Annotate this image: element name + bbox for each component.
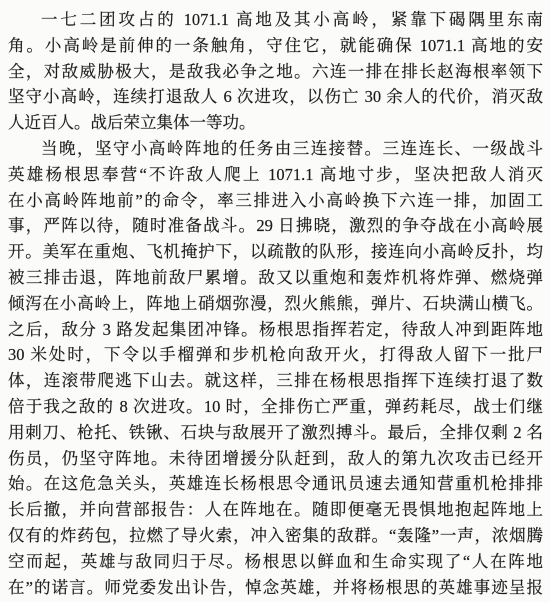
- text-line: 30 米处时，下令以手榴弹和步机枪向敌开火，打得敌人留下一批尸: [8, 342, 543, 368]
- text-line: 被三排击退，阵地前敌尸累增。敌又以重炮和轰炸机将炸弹、燃烧弹: [8, 265, 543, 291]
- text-line: 在”的诺言。师党委发出讣告，悼念英雄，并将杨根思的英雄事迹呈报: [8, 575, 543, 601]
- text-block: 一七二团攻占的 1071.1 高地及其小高岭，紧靠下碣隅里东南角。小高岭是前伸的…: [8, 7, 543, 600]
- text-line: 长后撤，并向营部报告：人在阵地在。随即便毫无畏惧地抱起阵地上: [8, 497, 543, 523]
- text-line: 用刺刀、枪托、铁锹、石块与敌展开了激烈搏斗。最后，全排仅剩 2 名: [8, 420, 543, 446]
- text-line: 英雄杨根思奉营“不许敌人爬上 1071.1 高地寸步，坚决把敌人消灭: [8, 162, 543, 188]
- text-line: 一七二团攻占的 1071.1 高地及其小高岭，紧靠下碣隅里东南: [8, 7, 543, 33]
- text-line: 坚守小高岭，连续打退敌人 6 次进攻，以伤亡 30 余人的代价，消灭敌: [8, 84, 543, 110]
- text-line: 开。美军在重炮、飞机掩护下，以疏散的队形，接连向小高岭反扑，均: [8, 239, 543, 265]
- text-line: 全，对敌威胁极大，是敌我必争之地。六连一排在排长赵海根率领下: [8, 59, 543, 85]
- text-line: 角。小高岭是前伸的一条触角，守住它，就能确保 1071.1 高地的安: [8, 33, 543, 59]
- document-page: 一七二团攻占的 1071.1 高地及其小高岭，紧靠下碣隅里东南角。小高岭是前伸的…: [0, 0, 550, 602]
- text-line: 空而起，英雄与敌同归于尽。杨根思以鲜血和生命实现了“人在阵地: [8, 549, 543, 575]
- text-line: 在小高岭阵地前”的命令，率三排进入小高岭换下六连一排，加固工: [8, 188, 543, 214]
- text-line: 事，严阵以待，随时准备战斗。29 日拂晓，激烈的争夺战在小高岭展: [8, 213, 543, 239]
- text-line: 伤员，仍坚守阵地。未待团增援分队赶到，敌人的第九次攻击已经开: [8, 446, 543, 472]
- text-line: 之后，敌分 3 路发起集团冲锋。杨根思指挥若定，待敌人冲到距阵地: [8, 317, 543, 343]
- text-line: 倾泻在小高岭上，阵地上硝烟弥漫，烈火熊熊，弹片、石块满山横飞。: [8, 291, 543, 317]
- text-line: 始。在这危急关头，英雄连长杨根思令通讯员速去通知营重机枪排排: [8, 471, 543, 497]
- text-line: 当晚，坚守小高岭阵地的任务由三连接替。三连连长、一级战斗: [8, 136, 543, 162]
- text-line: 人近百人。战后荣立集体一等功。: [8, 110, 543, 136]
- text-line: 仅有的炸药包，拉燃了导火索，冲入密集的敌群。“轰隆”一声，浓烟腾: [8, 523, 543, 549]
- text-line: 倍于我之敌的 8 次进攻。10 时，全排伤亡严重，弹药耗尽，战士们继: [8, 394, 543, 420]
- text-line: 体，连滚带爬逃下山去。就这样，三排在杨根思指挥下连续打退了数: [8, 368, 543, 394]
